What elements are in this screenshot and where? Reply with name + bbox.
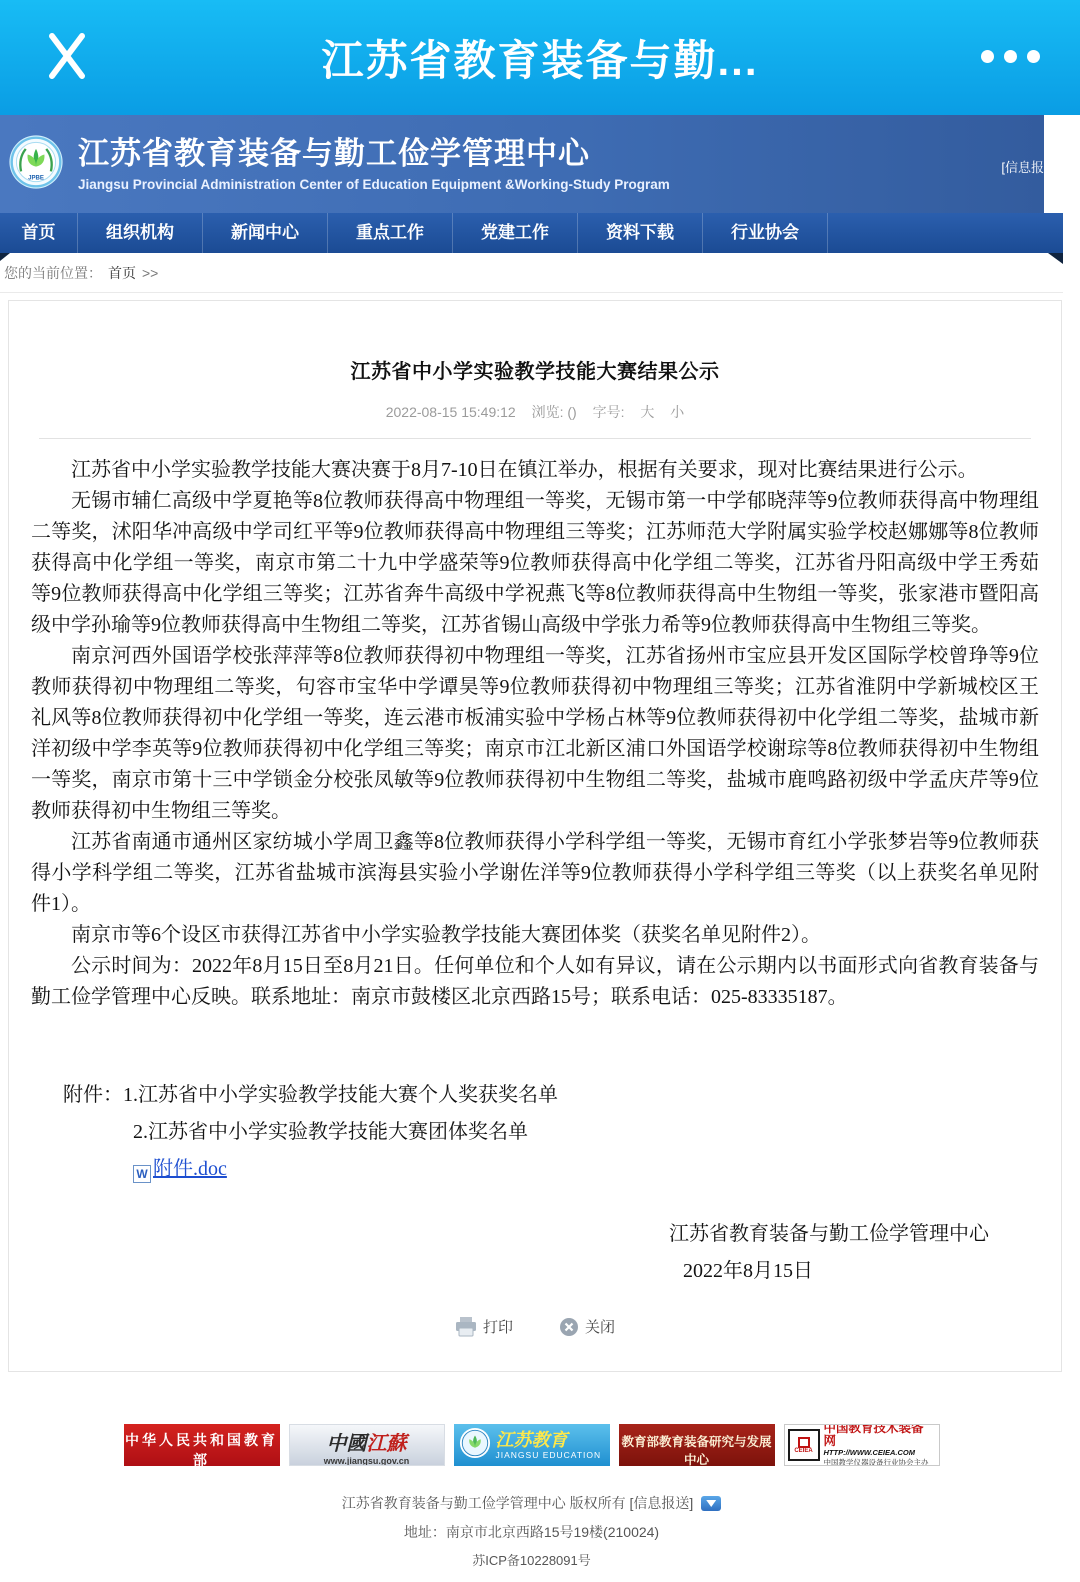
- title-divider: [39, 438, 1031, 439]
- nav-fold-right: [1048, 253, 1063, 264]
- printer-icon: [455, 1317, 477, 1337]
- attachment-row: 2.江苏省中小学实验教学技能大赛团体奖名单: [133, 1114, 1039, 1151]
- site-title-block: 江苏省教育装备与勤工俭学管理中心 Jiangsu Provincial Admi…: [78, 137, 670, 192]
- article-meta: 2022-08-15 15:49:12 浏览: () 字号: 大 小: [31, 402, 1039, 422]
- copyright-text: 江苏省教育装备与勤工俭学管理中心 版权所有: [342, 1495, 626, 1511]
- breadcrumb: 您的当前位置： 首页 >>: [0, 253, 1063, 293]
- article-box: 江苏省中小学实验教学技能大赛结果公示 2022-08-15 15:49:12 浏…: [8, 300, 1062, 1372]
- article-datetime: 2022-08-15 15:49:12: [386, 404, 516, 420]
- attachments: 附件：1.江苏省中小学实验教学技能大赛个人奖获奖名单 2.江苏省中小学实验教学技…: [31, 1077, 1039, 1188]
- article-body: 江苏省中小学实验教学技能大赛决赛于8月7-10日在镇江举办，根据有关要求，现对比…: [31, 455, 1039, 1047]
- signature-block: 江苏省教育装备与勤工俭学管理中心 2022年8月15日: [31, 1216, 1039, 1290]
- web-page: JPBE 江苏省教育装备与勤工俭学管理中心 Jiangsu Provincial…: [0, 115, 1063, 1572]
- address-line: 地址：南京市北京西路15号19楼(210024): [0, 1521, 1063, 1543]
- copyright-line: 江苏省教育装备与勤工俭学管理中心 版权所有 [信息报送]: [0, 1492, 1063, 1514]
- close-circle-icon: [559, 1317, 579, 1337]
- site-subtitle: Jiangsu Provincial Administration Center…: [78, 177, 670, 192]
- font-size-label: 字号:: [593, 404, 625, 420]
- jiangsu-education-emblem-icon: [459, 1427, 491, 1464]
- header-info-report-link[interactable]: [信息报: [1001, 157, 1044, 176]
- attachment-item-1: 1.江苏省中小学实验教学技能大赛个人奖获奖名单: [123, 1084, 558, 1106]
- article-title: 江苏省中小学实验教学技能大赛结果公示: [31, 355, 1039, 384]
- attachment-row: W附件.doc: [133, 1151, 1039, 1188]
- paragraph-publicity-period: 公示时间为：2022年8月15日至8月21日。任何单位和个人如有异议，请在公示期…: [31, 951, 1039, 1013]
- logo-equipment-research-center[interactable]: 教育部教育装备研究与发展中心 Educational Equipment Res…: [619, 1424, 775, 1466]
- article-actions: 打印 关闭: [31, 1316, 1039, 1337]
- attachments-label: 附件：: [63, 1084, 123, 1106]
- nav-item-key-work[interactable]: 重点工作: [328, 213, 453, 253]
- paragraph-high-school-awards: 无锡市辅仁高级中学夏艳等8位教师获得高中物理组一等奖，无锡市第一中学郁晓萍等9位…: [31, 486, 1039, 641]
- main-nav: 首页 组织机构 新闻中心 重点工作 党建工作 资料下载 行业协会: [0, 213, 1063, 253]
- logo-jiangsu-education[interactable]: 江苏教育 JIANGSU EDUCATION: [454, 1424, 610, 1466]
- breadcrumb-home-link[interactable]: 首页: [108, 263, 136, 283]
- site-header: JPBE 江苏省教育装备与勤工俭学管理中心 Jiangsu Provincial…: [0, 115, 1044, 213]
- paragraph-team-awards: 南京市等6个设区市获得江苏省中小学实验教学技能大赛团体奖（获奖名单见附件2）。: [31, 920, 1039, 951]
- attachment-row: 附件：1.江苏省中小学实验教学技能大赛个人奖获奖名单: [63, 1077, 1039, 1114]
- nav-fold-left: [0, 253, 10, 261]
- site-title: 江苏省教育装备与勤工俭学管理中心: [78, 137, 670, 171]
- partner-logo-strip: 中华人民共和国教育部 Ministry of Education of the …: [0, 1424, 1063, 1466]
- close-article-button[interactable]: 关闭: [559, 1316, 615, 1337]
- nav-item-industry-association[interactable]: 行业协会: [703, 213, 828, 253]
- paragraph-intro: 江苏省中小学实验教学技能大赛决赛于8月7-10日在镇江举办，根据有关要求，现对比…: [31, 455, 1039, 486]
- nav-item-organization[interactable]: 组织机构: [78, 213, 203, 253]
- icp-number[interactable]: 苏ICP备10228091号: [0, 1550, 1063, 1572]
- info-report-link[interactable]: [信息报送]: [630, 1495, 694, 1511]
- nav-item-home[interactable]: 首页: [0, 213, 78, 253]
- close-icon[interactable]: [40, 28, 94, 84]
- logo-ministry-of-education[interactable]: 中华人民共和国教育部 Ministry of Education of the …: [124, 1424, 280, 1466]
- font-size-large-button[interactable]: 大: [640, 404, 654, 420]
- logo-china-jiangsu[interactable]: 中國江蘇 www.jiangsu.gov.cn: [289, 1424, 445, 1466]
- word-doc-icon: W: [133, 1165, 151, 1183]
- content-area: 江苏省中小学实验教学技能大赛结果公示 2022-08-15 15:49:12 浏…: [0, 293, 1063, 1372]
- paragraph-middle-school-awards: 南京河西外国语学校张萍萍等8位教师获得初中物理组一等奖，江苏省扬州市宝应县开发区…: [31, 641, 1039, 827]
- site-logo: JPBE: [8, 134, 64, 195]
- signature-org: 江苏省教育装备与勤工俭学管理中心: [669, 1223, 989, 1245]
- nav-item-news[interactable]: 新闻中心: [203, 213, 328, 253]
- more-menu-icon[interactable]: [981, 50, 1040, 63]
- report-badge-icon: [701, 1496, 721, 1511]
- app-bar: 江苏省教育装备与勤...: [0, 0, 1080, 115]
- logo-ceiea[interactable]: CEIEA 中国教育技术装备网 HTTP://WWW.CEIEA.COM 中国教…: [784, 1424, 940, 1466]
- print-button[interactable]: 打印: [455, 1316, 513, 1337]
- breadcrumb-label: 您的当前位置：: [4, 263, 102, 283]
- attachment-doc-link[interactable]: 附件.doc: [153, 1158, 227, 1180]
- breadcrumb-separator: >>: [142, 265, 158, 281]
- nav-item-party-building[interactable]: 党建工作: [453, 213, 578, 253]
- svg-text:JPBE: JPBE: [28, 175, 44, 181]
- app-bar-title: 江苏省教育装备与勤...: [321, 28, 758, 88]
- paragraph-primary-school-awards: 江苏省南通市通州区家纺城小学周卫鑫等8位教师获得小学科学组一等奖，无锡市育红小学…: [31, 827, 1039, 920]
- signature-date: 2022年8月15日: [669, 1260, 813, 1282]
- article-views: 浏览: (): [532, 404, 577, 420]
- ceiea-badge-icon: CEIEA: [788, 1429, 820, 1461]
- attachment-item-2: 2.江苏省中小学实验教学技能大赛团体奖名单: [133, 1121, 528, 1143]
- font-size-small-button[interactable]: 小: [670, 404, 684, 420]
- nav-item-downloads[interactable]: 资料下载: [578, 213, 703, 253]
- site-footer: 江苏省教育装备与勤工俭学管理中心 版权所有 [信息报送] 地址：南京市北京西路1…: [0, 1492, 1063, 1572]
